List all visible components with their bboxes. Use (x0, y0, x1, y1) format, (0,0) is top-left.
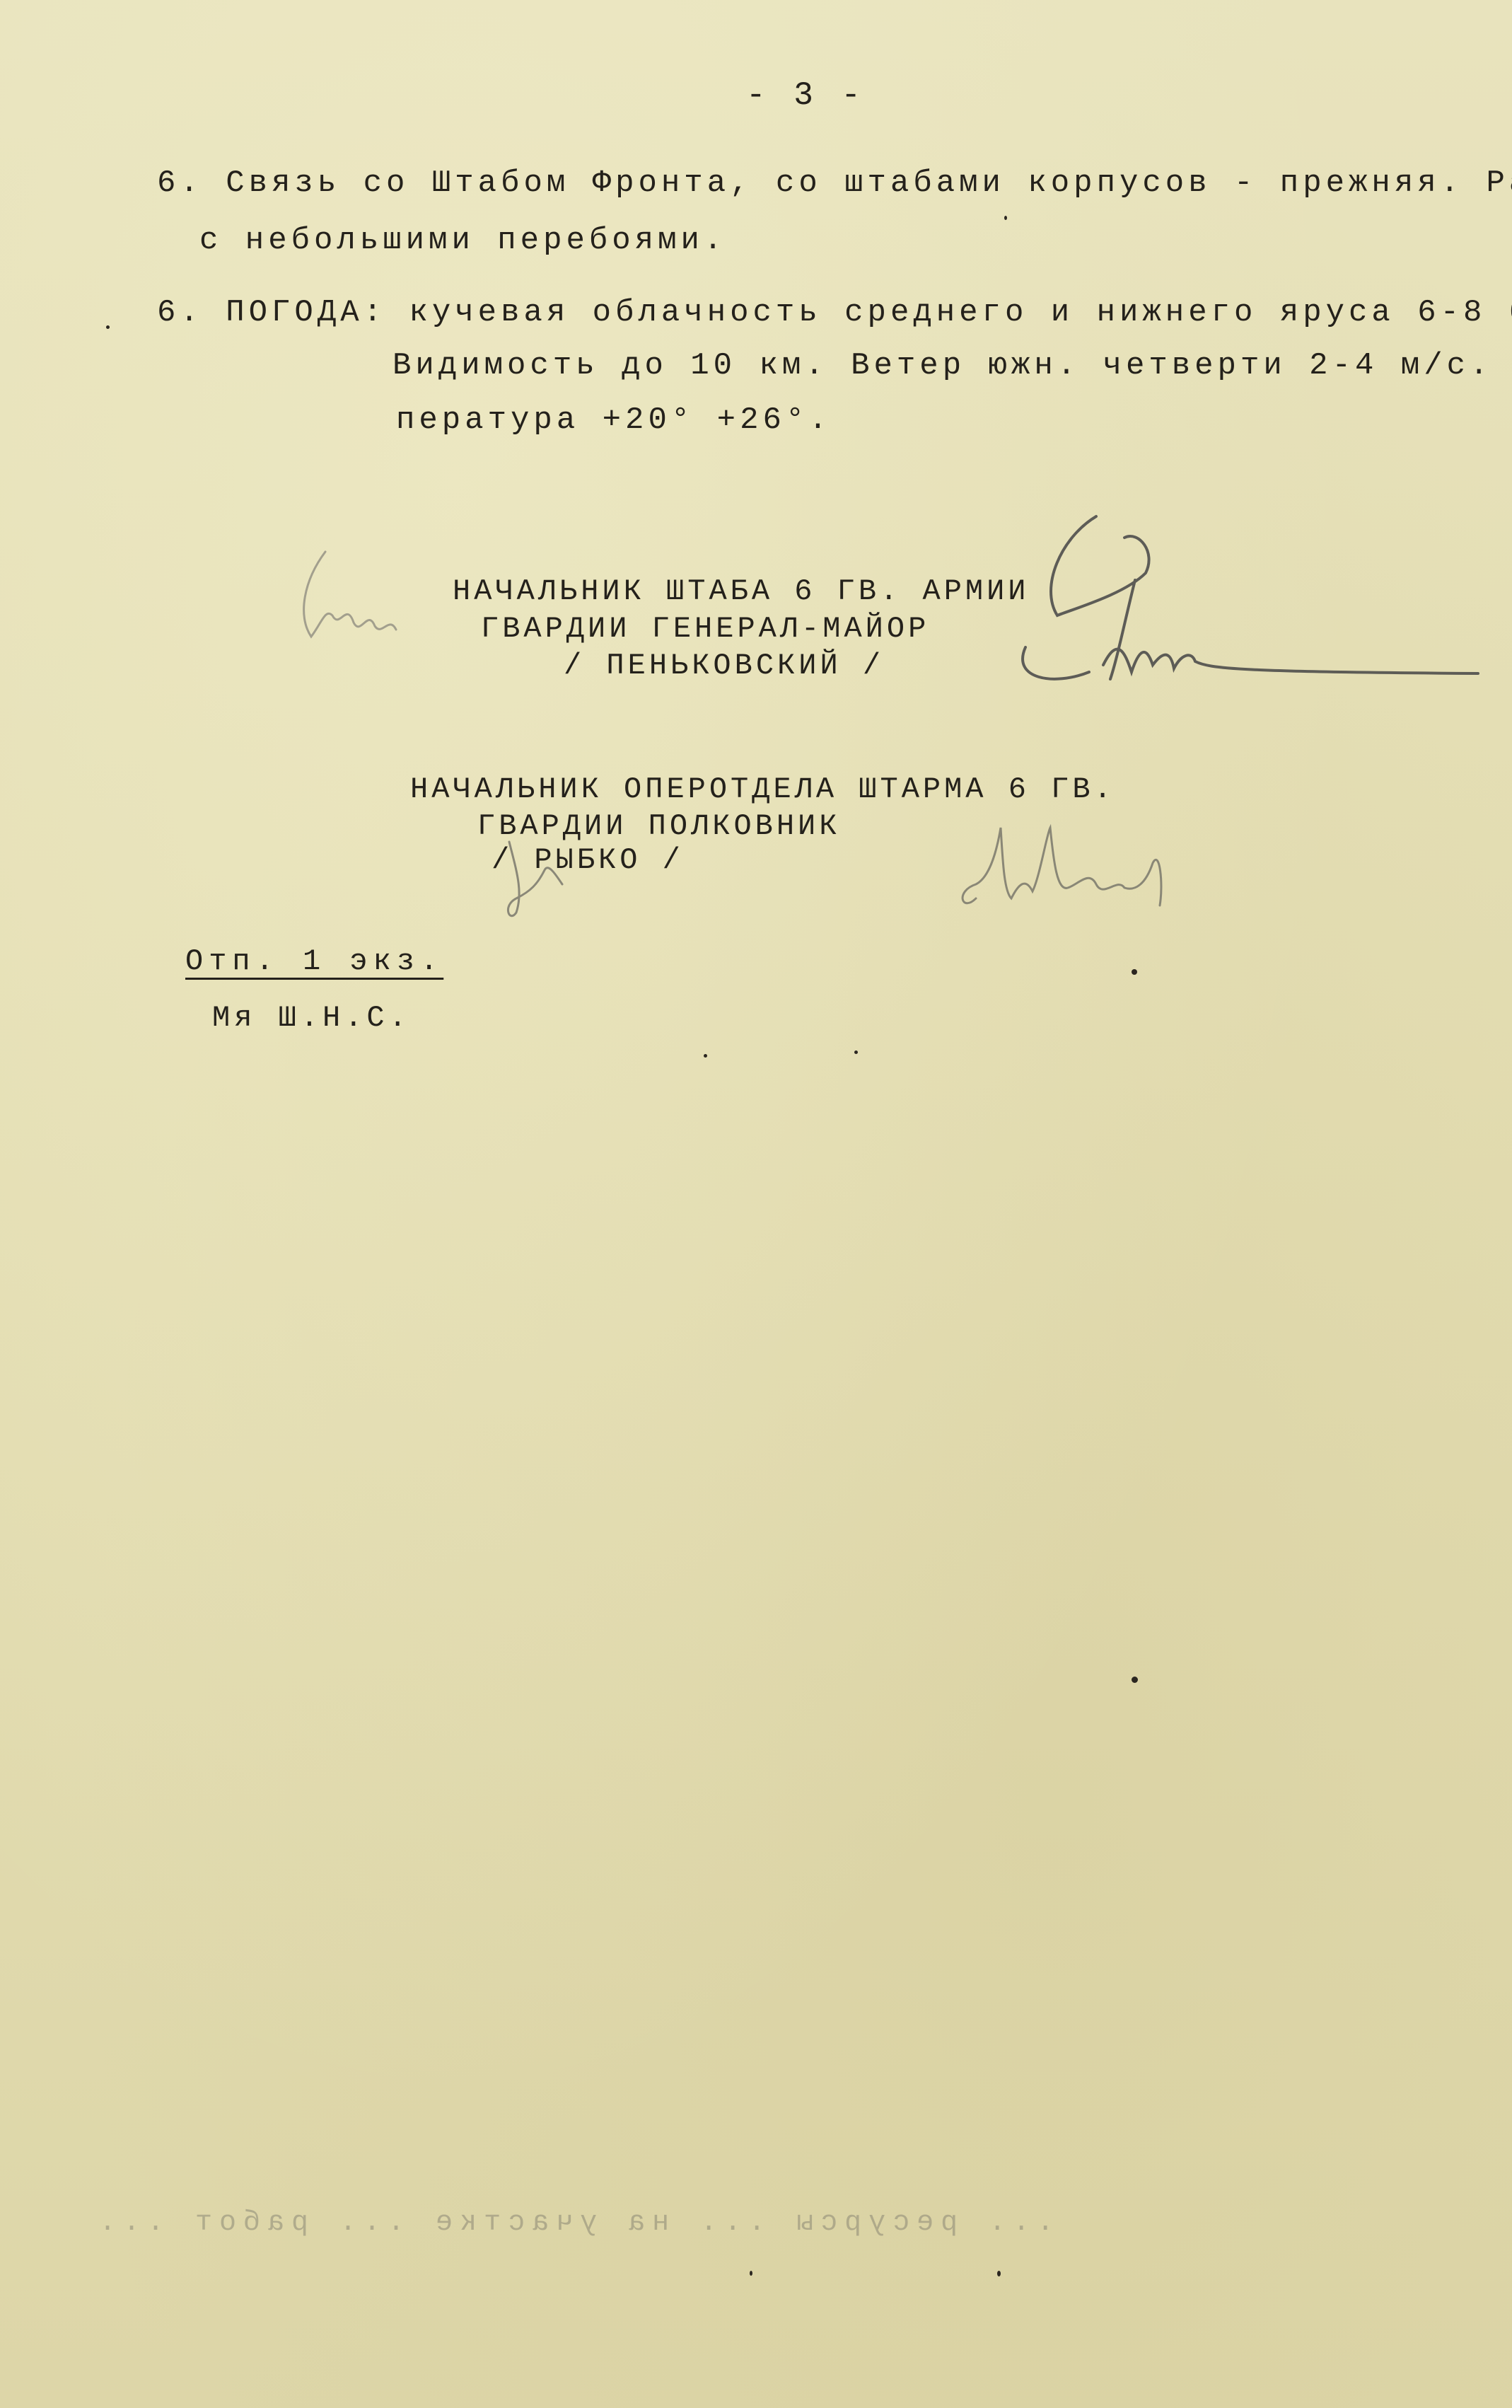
paper-speck (750, 2271, 752, 2276)
paper-speck (1132, 1677, 1138, 1683)
paragraph-line: с небольшими перебоями. (199, 225, 726, 256)
signature-name: / ПЕНЬКОВСКИЙ / (564, 651, 884, 681)
handwritten-pencil-mark-icon (495, 835, 580, 927)
paper-speck (704, 1054, 707, 1058)
paper-speck (1132, 969, 1137, 975)
page-number: - 3 - (746, 79, 865, 112)
handwritten-signature-icon (948, 821, 1216, 927)
copies-count: Отп. 1 экз. (185, 947, 443, 976)
bleed-through-text: ... ресурсы ... на участке ... работ ... (92, 2207, 1054, 2239)
handwritten-signature-icon (912, 509, 1478, 707)
paper-speck (106, 325, 110, 329)
paragraph-line: 6. Связь со Штабом Фронта, со штабами ко… (157, 168, 1512, 199)
paper-speck (1004, 216, 1007, 220)
paper-speck (997, 2271, 1001, 2276)
document-page: - 3 - 6. Связь со Штабом Фронта, со штаб… (0, 0, 1512, 2408)
paragraph-line: пература +20° +26°. (396, 405, 832, 436)
paragraph-line: Видимость до 10 км. Ветер южн. четверти … (392, 350, 1512, 381)
paper-speck (854, 1050, 858, 1054)
paragraph-line: 6. ПОГОДА: кучевая облачность среднего и… (157, 297, 1512, 328)
signature-title: НАЧАЛЬНИК ОПЕРОТДЕЛА ШТАРМА 6 ГВ. (410, 775, 1115, 804)
signature-rank: ГВАРДИИ ГЕНЕРАЛ-МАЙОР (481, 614, 929, 644)
typist-initials: Мя Ш.Н.С. (212, 1003, 411, 1033)
handwritten-pencil-mark-icon (283, 538, 438, 651)
